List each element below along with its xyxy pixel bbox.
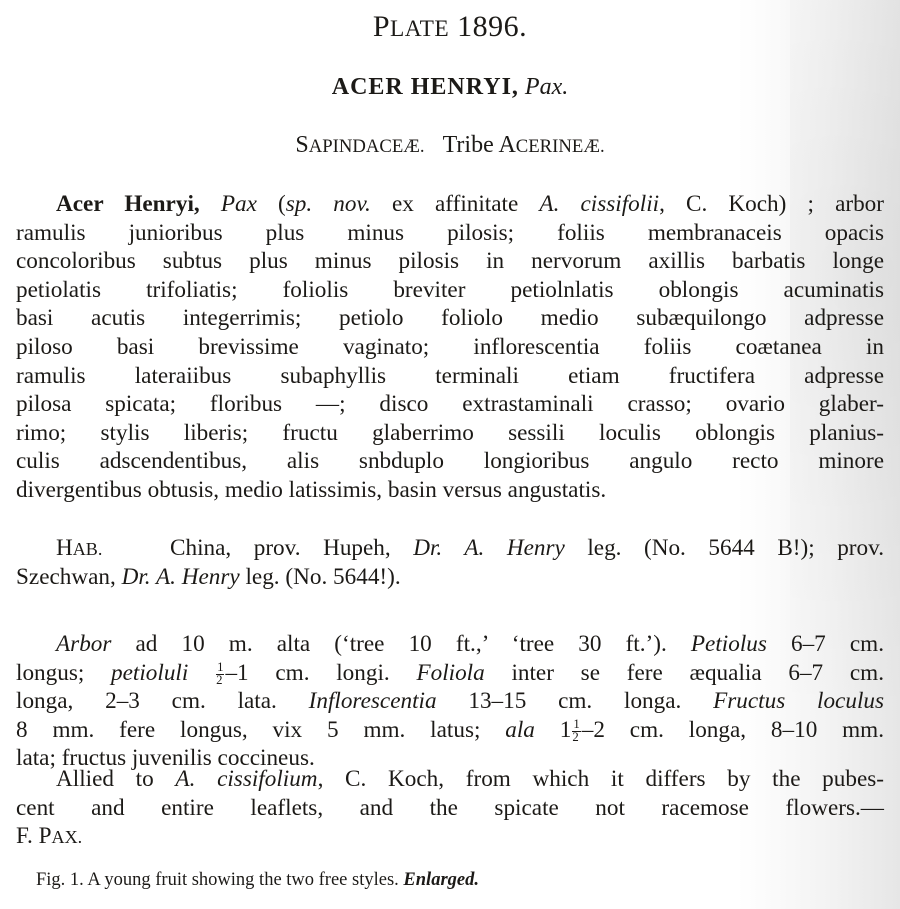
description-line-2: longus; petioluli 12–1 cm. longi. Foliol…	[16, 659, 884, 688]
remarks-signature: F. PAX.	[16, 822, 884, 851]
book-page: PLATE 1896. ACER HENRYI, Pax. SAPINDACEÆ…	[0, 0, 900, 909]
family-initial: S	[295, 132, 308, 158]
term: Fructus loculus	[713, 688, 884, 714]
diagnosis-line: rimo; stylis liberis; fructu glaberrimo …	[16, 419, 884, 448]
habitat-text: China, prov. Hupeh,	[170, 535, 413, 561]
description-line-1: Arbor ad 10 m. alta (‘tree 10 ft.,’ ‘tre…	[16, 630, 884, 659]
diagnosis-text: culis adscendentibus, alis snbduplo long…	[16, 448, 884, 474]
diagnosis-text: rimo; stylis liberis; fructu glaberrimo …	[16, 420, 884, 446]
tribe-rest: CERINEÆ.	[516, 136, 605, 157]
signature-rest: AX.	[52, 827, 83, 847]
species-name-bold: Acer Henryi,	[56, 191, 200, 217]
diagnosis-text: ramulis lateraiibus subaphyllis terminal…	[16, 363, 884, 389]
italic-term: sp. nov.	[286, 191, 371, 217]
term: Petiolus	[691, 631, 767, 657]
description-text: 6–7 cm.	[767, 631, 884, 657]
fraction-one-half: 12	[216, 662, 224, 686]
remarks-line-1: Allied to A. cissifolium, C. Koch, from …	[16, 765, 884, 794]
diagnosis-line: pilosa spicata; floribus —; disco extras…	[16, 390, 884, 419]
tribe-initial: A	[498, 132, 515, 158]
diagnosis-text: basi acutis integerrimis; petiolo foliol…	[16, 305, 884, 331]
fraction-denominator: 2	[216, 675, 224, 686]
description-text: 13–15 cm. longa.	[437, 688, 714, 714]
habitat-label-rest: AB.	[73, 539, 103, 559]
italic-term: A. cissifolii	[539, 191, 659, 217]
remarks-line-2: cent and entire leaflets, and the spicat…	[16, 794, 884, 823]
diagnosis-text: concoloribus subtus plus minus pilosis i…	[16, 248, 884, 274]
diagnosis-line: ramulis lateraiibus subaphyllis terminal…	[16, 362, 884, 391]
fraction-one-half: 12	[572, 719, 580, 743]
description-text: ad 10 m. alta (‘tree 10 ft.,’ ‘tree 30 f…	[111, 631, 690, 657]
diagnosis-text: , C. Koch) ; arbor	[659, 191, 884, 217]
diagnosis-line: concoloribus subtus plus minus pilosis i…	[16, 247, 884, 276]
latin-diagnosis-paragraph: Acer Henryi, Pax (sp. nov. ex affinitate…	[16, 190, 884, 505]
description-text: 1	[535, 717, 571, 743]
italic-term: Pax	[221, 191, 257, 217]
caption-text: Fig. 1. A young fruit showing the two fr…	[36, 870, 403, 890]
diagnosis-line: Acer Henryi, Pax (sp. nov. ex affinitate…	[16, 190, 884, 219]
species-author: Pax.	[525, 74, 568, 100]
species-heading: ACER HENRYI, Pax.	[0, 74, 900, 101]
diagnosis-text: piloso basi brevissime vaginato; inflore…	[16, 334, 884, 360]
habitat-text: leg. (No. 5644!).	[240, 564, 401, 590]
diagnosis-line: petiolatis trifoliatis; foliolis brevite…	[16, 276, 884, 305]
diagnosis-line: divergentibus obtusis, medio latissimis,…	[16, 476, 884, 505]
diagnosis-text: ex affinitate	[371, 191, 540, 217]
diagnosis-text: divergentibus obtusis, medio latissimis,…	[16, 477, 606, 503]
diagnosis-line: piloso basi brevissime vaginato; inflore…	[16, 333, 884, 362]
remarks-paragraph: Allied to A. cissifolium, C. Koch, from …	[16, 765, 884, 851]
habitat-label-initial: H	[56, 535, 73, 561]
diagnosis-line: basi acutis integerrimis; petiolo foliol…	[16, 304, 884, 333]
habitat-paragraph: HAB. China, prov. Hupeh, Dr. A. Henry le…	[16, 534, 884, 591]
diagnosis-line: ramulis junioribus plus minus pilosis; f…	[16, 219, 884, 248]
species-name: ACER HENRYI,	[332, 74, 519, 100]
habitat-text: leg. (No. 5644 B!); prov.	[565, 535, 884, 561]
family-tribe-line: SAPINDACEÆ. Tribe ACERINEÆ.	[0, 132, 900, 159]
family-rest: APINDACEÆ.	[309, 136, 425, 157]
description-text: longus;	[16, 660, 111, 686]
description-line-3: longa, 2–3 cm. lata. Inflorescentia 13–1…	[16, 687, 884, 716]
collector-name: Dr. A. Henry	[122, 564, 240, 590]
plate-label-rest: LATE	[390, 16, 449, 42]
diagnosis-text: ramulis junioribus plus minus pilosis; f…	[16, 220, 884, 246]
signature-initial: F. P	[16, 823, 52, 849]
species-reference: A. cissifolium	[175, 766, 317, 792]
description-text: –2 cm. longa, 8–10 mm.	[582, 717, 884, 743]
description-paragraph: Arbor ad 10 m. alta (‘tree 10 ft.,’ ‘tre…	[16, 630, 884, 773]
diagnosis-text: (	[257, 191, 286, 217]
diagnosis-text: pilosa spicata; floribus —; disco extras…	[16, 391, 884, 417]
diagnosis-text: petiolatis trifoliatis; foliolis brevite…	[16, 277, 884, 303]
habitat-line-1: HAB. China, prov. Hupeh, Dr. A. Henry le…	[16, 534, 884, 563]
remarks-text: Allied to	[56, 766, 175, 792]
tribe-word: Tribe	[443, 132, 494, 158]
diagnosis-text	[200, 191, 221, 217]
term: Arbor	[56, 631, 111, 657]
plate-number-heading: PLATE 1896.	[0, 10, 900, 44]
figure-caption: Fig. 1. A young fruit showing the two fr…	[36, 870, 479, 891]
collector-name: Dr. A. Henry	[413, 535, 565, 561]
description-text: –1 cm. longi.	[225, 660, 416, 686]
plate-number: 1896.	[457, 10, 527, 43]
caption-note: Enlarged.	[403, 870, 479, 890]
term: Foliola	[416, 660, 484, 686]
plate-label-initial: P	[373, 10, 390, 43]
habitat-text: Szechwan,	[16, 564, 122, 590]
remarks-text: , C. Koch, from which it differs by the …	[318, 766, 884, 792]
description-text: 8 mm. fere longus, vix 5 mm. latus;	[16, 717, 505, 743]
term: petioluli	[111, 660, 188, 686]
description-line-4: 8 mm. fere longus, vix 5 mm. latus; ala …	[16, 716, 884, 745]
habitat-line-2: Szechwan, Dr. A. Henry leg. (No. 5644!).	[16, 563, 884, 592]
fraction-denominator: 2	[572, 732, 580, 743]
description-text: inter se fere æqualia 6–7 cm.	[485, 660, 884, 686]
term: ala	[505, 717, 535, 743]
diagnosis-line: culis adscendentibus, alis snbduplo long…	[16, 447, 884, 476]
term: Inflorescentia	[309, 688, 437, 714]
description-text: longa, 2–3 cm. lata.	[16, 688, 309, 714]
